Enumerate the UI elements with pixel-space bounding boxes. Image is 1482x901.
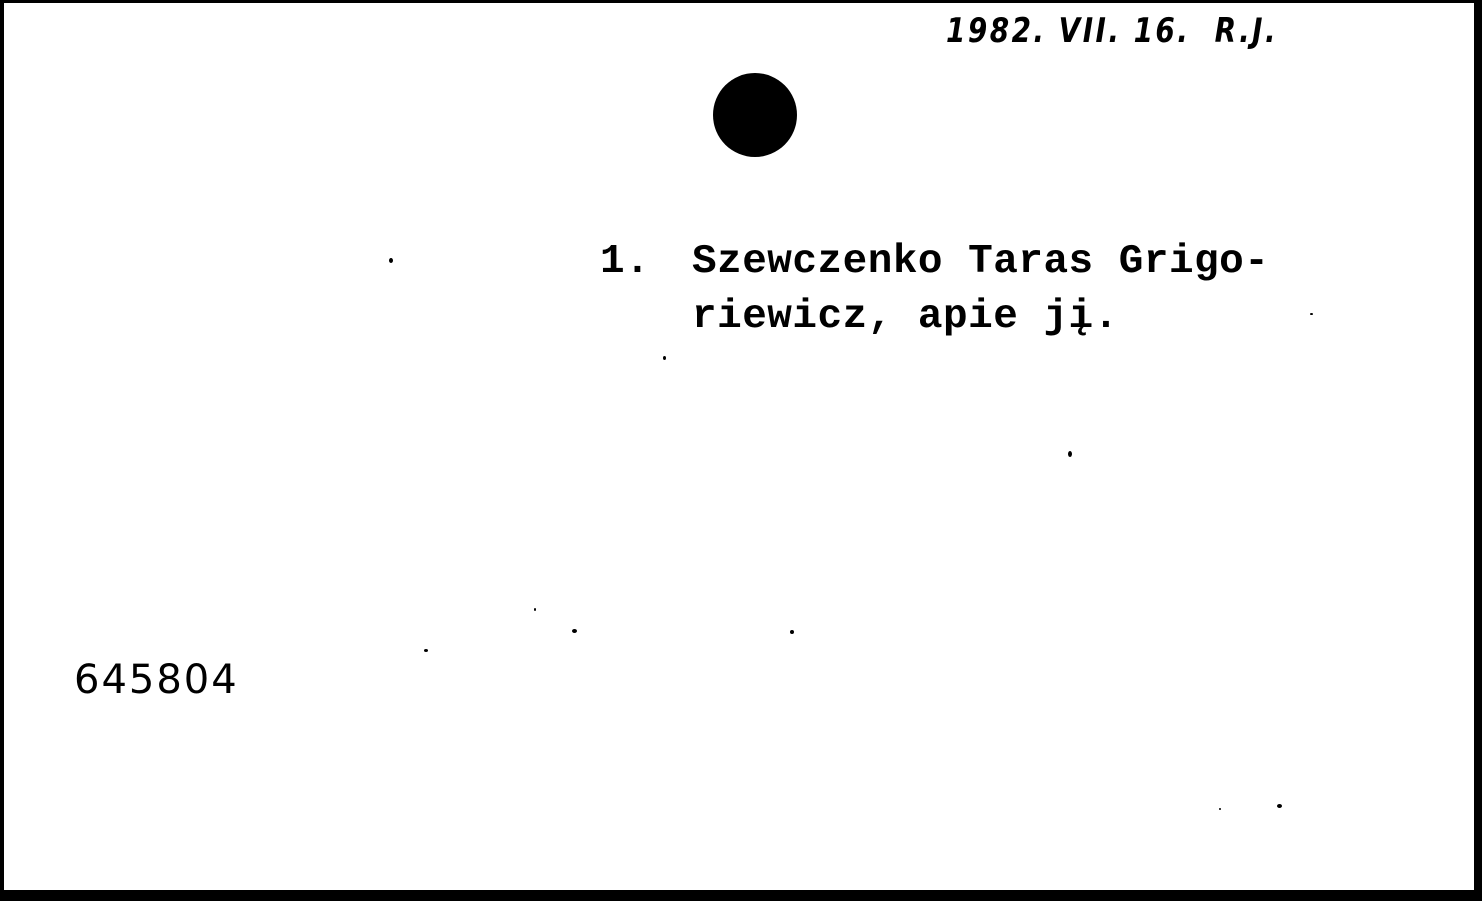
catalog-card: 1982. VII. 16. R.J. 1. Szewczenko Taras … — [4, 3, 1474, 895]
handwritten-date: 1982. VII. 16. R.J. — [946, 11, 1278, 51]
scan-speck — [663, 356, 666, 360]
scan-speck — [424, 649, 428, 652]
scan-speck — [1310, 313, 1313, 315]
scan-speck — [1068, 451, 1072, 457]
accession-number: 645804 — [74, 657, 239, 703]
scan-speck — [572, 629, 577, 633]
scan-speck — [389, 258, 393, 263]
entry-number: 1. — [600, 239, 650, 285]
card-edge — [4, 890, 1474, 895]
scan-speck — [1219, 808, 1221, 810]
scan-speck — [790, 630, 794, 634]
scan-speck — [534, 608, 536, 611]
entry-text-line-2: riewicz, apie jį. — [692, 294, 1119, 340]
scan-speck — [1277, 804, 1282, 808]
punch-hole-icon — [713, 73, 797, 157]
entry-text-line-1: Szewczenko Taras Grigo- — [692, 239, 1269, 285]
